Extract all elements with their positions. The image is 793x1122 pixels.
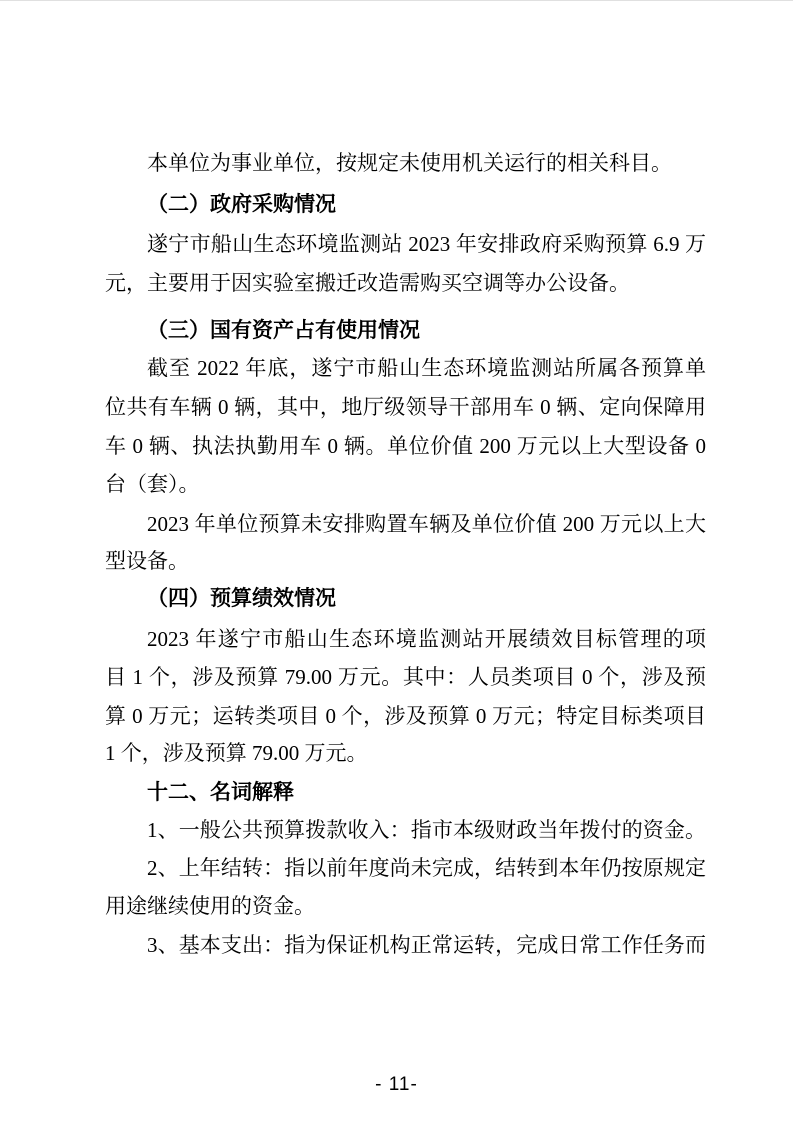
section-heading-4: （四）预算绩效情况 xyxy=(105,585,706,612)
document-page: 本单位为事业单位，按规定未使用机关运行的相关科目。 （二）政府采购情况 遂宁市船… xyxy=(0,0,793,1122)
text-line: 本单位为事业单位，按规定未使用机关运行的相关科目。 xyxy=(105,150,706,177)
text-line: 算 0 万元；运转类项目 0 个，涉及预算 0 万元；特定目标类项目 xyxy=(105,703,706,730)
page-top-edge-line xyxy=(0,0,793,1)
text-line: 用途继续使用的资金。 xyxy=(105,893,706,920)
text-line: 3、基本支出：指为保证机构正常运转，完成日常工作任务而 xyxy=(105,932,706,959)
section-heading-12: 十二、名词解释 xyxy=(105,779,706,806)
text-line: 型设备。 xyxy=(105,548,706,575)
text-line: 位共有车辆 0 辆，其中，地厅级领导干部用车 0 辆、定向保障用 xyxy=(105,394,706,421)
text-line: 2023 年遂宁市船山生态环境监测站开展绩效目标管理的项 xyxy=(105,626,706,653)
text-line: 元，主要用于因实验室搬迁改造需购买空调等办公设备。 xyxy=(105,270,706,297)
section-heading-2: （二）政府采购情况 xyxy=(105,191,706,218)
text-line: 车 0 辆、执法执勤用车 0 辆。单位价值 200 万元以上大型设备 0 xyxy=(105,433,706,460)
section-heading-3: （三）国有资产占有使用情况 xyxy=(105,317,706,344)
text-line: 2、上年结转：指以前年度尚未完成，结转到本年仍按原规定 xyxy=(105,855,706,882)
page-number: - 11- xyxy=(0,1074,793,1096)
text-line: 1 个，涉及预算 79.00 万元。 xyxy=(105,740,706,767)
text-line: 截至 2022 年底，遂宁市船山生态环境监测站所属各预算单 xyxy=(105,355,706,382)
text-line: 1、一般公共预算拨款收入：指市本级财政当年拨付的资金。 xyxy=(105,817,706,844)
text-line: 台（套）。 xyxy=(105,471,706,498)
text-line: 目 1 个，涉及预算 79.00 万元。其中：人员类项目 0 个，涉及预 xyxy=(105,664,706,691)
text-line: 遂宁市船山生态环境监测站 2023 年安排政府采购预算 6.9 万 xyxy=(105,231,706,258)
text-line: 2023 年单位预算未安排购置车辆及单位价值 200 万元以上大 xyxy=(105,511,706,538)
